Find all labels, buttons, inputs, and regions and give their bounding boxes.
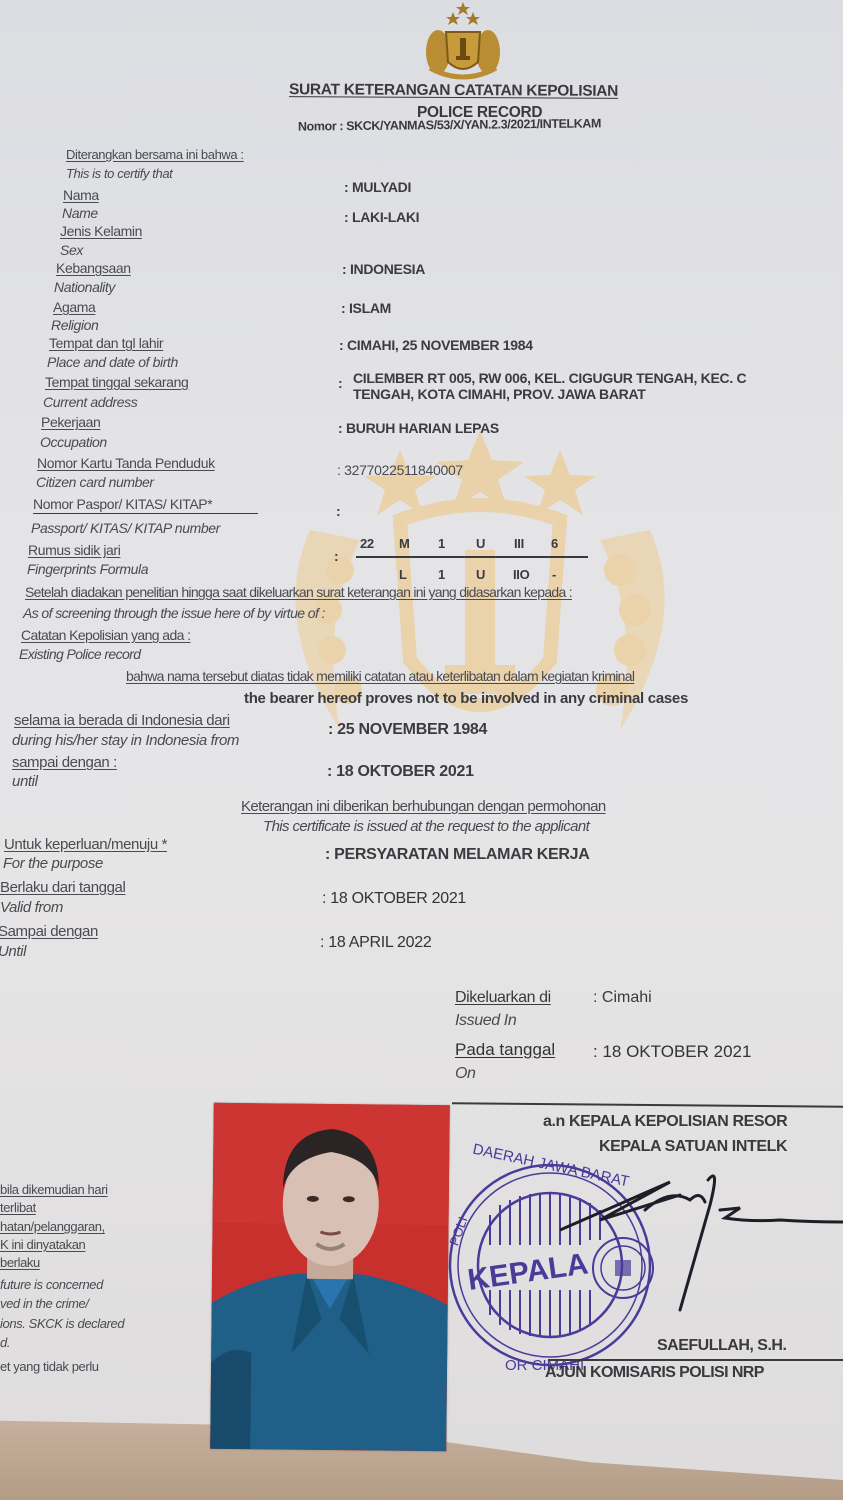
formula-cell: 22 [360,536,374,551]
field-label-en: Occupation [40,434,107,450]
field-value: : 18 OKTOBER 2021 [593,1042,751,1062]
field-label-en: Religion [51,317,98,333]
field-label-en: Sex [60,242,83,258]
existing-record-label-en: Existing Police record [19,646,140,662]
stay-until-label-en: until [12,773,38,790]
field-value: : INDONESIA [342,261,425,277]
signatory-name: SAEFULLAH, S.H. [657,1337,786,1355]
field-label-en: Fingerprints Formula [27,561,148,577]
field-value: : BURUH HARIAN LEPAS [338,420,499,436]
field-value: : CIMAHI, 25 NOVEMBER 1984 [339,337,533,353]
field-label: Sampai dengan [0,923,98,940]
document-title: SURAT KETERANGAN CATATAN KEPOLISIAN [289,81,618,101]
field-label: Tempat dan tgl lahir [49,335,163,351]
field-label-en: Citizen card number [36,474,154,490]
field-label: Tempat tinggal sekarang [45,374,188,390]
field-label: Dikeluarkan di [455,989,551,1007]
signatory-line1: a.n KEPALA KEPOLISIAN RESOR [543,1113,787,1131]
note-footnote: et yang tidak perlu [0,1359,99,1374]
field-value: : 18 OKTOBER 2021 [322,890,466,908]
person-portrait-icon [210,1103,450,1451]
note-line: terlibat [0,1200,36,1215]
field-label: Untuk keperluan/menuju * [4,836,167,853]
field-value: : 3277022511840007 [337,462,463,478]
request-line-id: Keterangan ini diberikan berhubungan den… [241,798,606,815]
formula-cell: U [476,567,485,582]
note-line: ions. SKCK is declared [0,1316,124,1331]
colon: : [338,375,342,391]
field-label-en: Passport/ KITAS/ KITAP number [31,520,220,536]
field-label-en: Valid from [0,899,63,916]
record-statement-en: the bearer hereof proves not to be invol… [244,690,688,707]
field-label: Jenis Kelamin [60,223,142,239]
signatory-rank: AJUN KOMISARIS POLISI NRP [545,1364,764,1382]
note-line: hatan/pelanggaran, [0,1219,105,1234]
formula-cell: 6 [551,536,558,551]
formula-cell: 1 [438,567,445,582]
formula-cell: 1 [438,536,445,551]
field-label: Nama [63,187,99,203]
field-label-en: For the purpose [3,855,103,872]
formula-cell: - [552,567,556,582]
note-line: bila dikemudian hari [0,1182,108,1197]
stamp-side-text: POLI [446,1215,470,1248]
field-label: Pada tanggal [455,1040,555,1060]
field-label-en: On [455,1065,476,1083]
note-line: berlaku [0,1255,40,1270]
field-value: : [336,503,340,519]
note-line: d. [0,1335,10,1350]
intro-id: Diterangkan bersama ini bahwa : [66,147,244,162]
field-value: : ISLAM [341,300,391,316]
existing-record-label: Catatan Kepolisian yang ada : [21,627,190,643]
field-label: Agama [53,299,95,315]
field-label: Nomor Kartu Tanda Penduduk [37,455,215,471]
signature [560,1160,843,1330]
intro-en: This is to certify that [66,166,172,181]
field-label: Pekerjaan [41,414,100,430]
stay-from-label: selama ia berada di Indonesia dari [14,712,230,729]
field-label: Rumus sidik jari [28,542,120,558]
screening-line-id: Setelah diadakan penelitian hingga saat … [25,584,572,600]
field-value: : Cimahi [593,989,652,1007]
formula-cell: III [514,536,524,551]
field-label-en: Place and date of birth [47,354,178,370]
field-value: : LAKI-LAKI [344,209,419,225]
field-value-line2: TENGAH, KOTA CIMAHI, PROV. JAWA BARAT [353,386,646,402]
formula-cell: IIO [513,567,529,582]
field-label-en: Name [62,205,98,221]
note-line: K ini dinyatakan [0,1237,85,1252]
divider [33,513,258,514]
formula-cell: M [399,536,410,551]
stay-from-label-en: during his/her stay in Indonesia from [12,732,239,749]
formula-cell: L [399,567,407,582]
screening-line-en: As of screening through the issue here o… [23,605,325,621]
field-label-en: Nationality [54,279,115,295]
field-label: Berlaku dari tanggal [0,879,125,896]
note-line: future is concerned [0,1277,103,1292]
field-value: : 18 APRIL 2022 [320,934,431,952]
field-value: : PERSYARATAN MELAMAR KERJA [325,846,590,864]
field-label-en: Issued In [455,1012,516,1030]
field-value: : MULYADI [344,179,411,195]
field-value: : [334,548,338,564]
stay-until-label: sampai dengan : [12,754,117,771]
record-statement-id: bahwa nama tersebut diatas tidak memilik… [126,668,634,684]
field-label: Nomor Paspor/ KITAS/ KITAP* [33,496,212,512]
police-crest-icon [418,2,508,80]
field-label-en: Current address [43,394,137,410]
formula-divider [356,556,588,558]
request-line-en: This certificate is issued at the reques… [263,818,589,835]
stay-until-value: : 18 OKTOBER 2021 [327,763,474,781]
note-line: ved in the crime/ [0,1296,89,1311]
formula-cell: U [476,536,485,551]
field-label: Kebangsaan [56,260,131,276]
field-value: CILEMBER RT 005, RW 006, KEL. CIGUGUR TE… [353,370,746,386]
applicant-photo [210,1103,450,1451]
stay-from-value: : 25 NOVEMBER 1984 [328,721,487,739]
field-label-en: Until [0,943,26,960]
signatory-rule [548,1359,843,1361]
